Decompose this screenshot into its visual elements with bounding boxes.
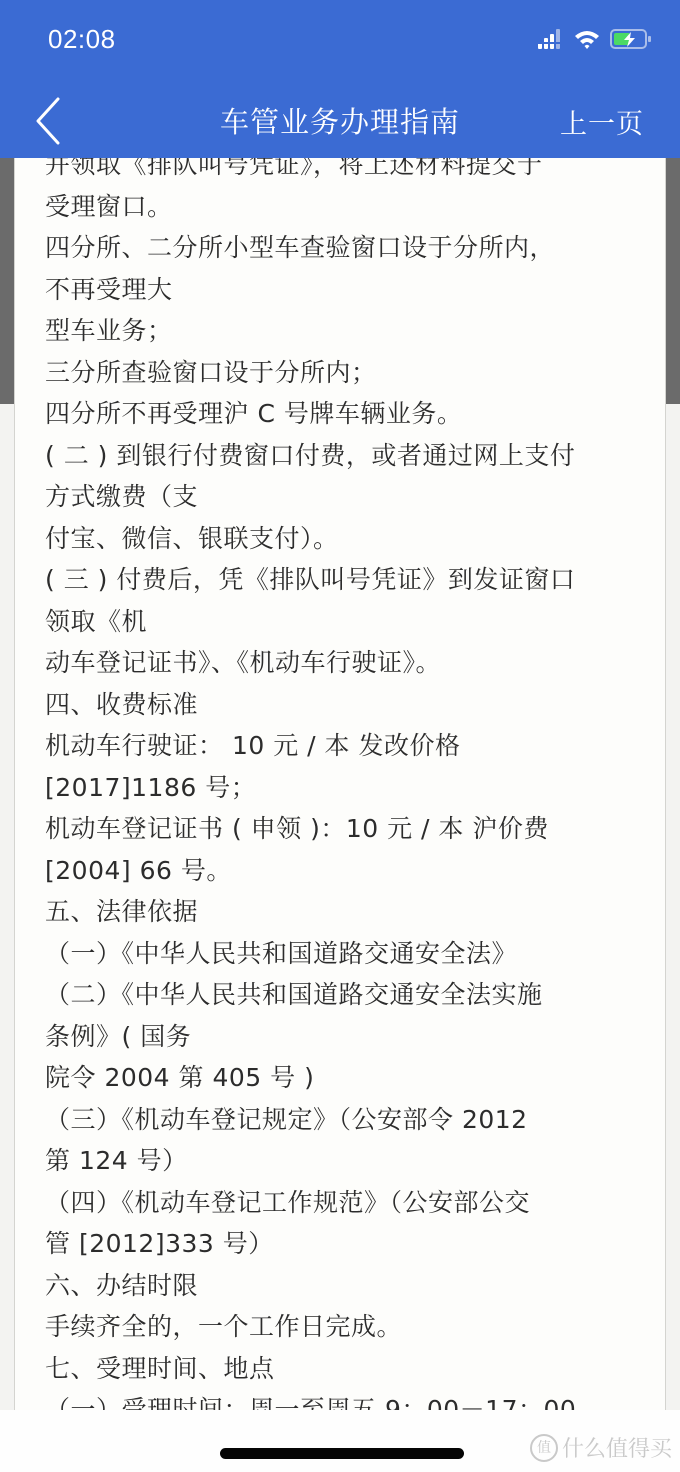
text-line: （二）《中华人民共和国道路交通安全法实施 [45, 974, 645, 1016]
cellular-signal-icon [538, 29, 564, 53]
watermark: 值 什么值得买 [530, 1432, 672, 1463]
text-line: 手续齐全的，一个工作日完成。 [45, 1306, 645, 1348]
text-line: 院令 2004 第 405 号 ) [45, 1057, 645, 1099]
side-margin-left [0, 404, 14, 1412]
side-margin-right [666, 404, 680, 1412]
text-line: 领取《机 [45, 601, 645, 643]
text-line: 型车业务； [45, 310, 645, 352]
side-overlay-left [0, 158, 14, 404]
text-line: [2017]1186 号； [45, 767, 645, 809]
text-line: 机动车行驶证： 10 元 / 本 发改价格 [45, 725, 645, 767]
text-line: 管 [2012]333 号） [45, 1223, 645, 1265]
side-overlay-right [666, 158, 680, 404]
text-line: 机动车登记证书 ( 申领 )：10 元 / 本 沪价费 [45, 808, 645, 850]
text-line: 四分所不再受理沪 C 号牌车辆业务。 [45, 393, 645, 435]
watermark-text: 什么值得买 [562, 1432, 672, 1463]
text-line: （三）《机动车登记规定》（公安部令 2012 [45, 1099, 645, 1141]
section-heading-fees: 四、收费标准 [45, 684, 645, 726]
status-icons [538, 30, 652, 52]
section-heading-legal-basis: 五、法律依据 [45, 891, 645, 933]
text-line: （一）受理时间：周一至周五 9：00－17：00 [45, 1389, 645, 1410]
text-line: 四分所、二分所小型车查验窗口设于分所内， [45, 227, 645, 269]
previous-page-button[interactable]: 上一页 [560, 102, 644, 141]
text-line: ( 二 ) 到银行付费窗口付费，或者通过网上支付 [45, 435, 645, 477]
section-heading-hours-location: 七、受理时间、地点 [45, 1348, 645, 1390]
content-card: 并领取《排队叫号凭证》，将上述材料提交于 受理窗口。 四分所、二分所小型车查验窗… [14, 140, 666, 1410]
text-line: 不再受理大 [45, 269, 645, 311]
battery-charging-icon [610, 28, 652, 54]
home-indicator[interactable] [220, 1448, 464, 1459]
watermark-logo-icon: 值 [530, 1434, 558, 1462]
guide-text: 并领取《排队叫号凭证》，将上述材料提交于 受理窗口。 四分所、二分所小型车查验窗… [45, 144, 645, 1410]
text-line: （一）《中华人民共和国道路交通安全法》 [45, 933, 645, 975]
text-line: 付宝、微信、银联支付）。 [45, 518, 645, 560]
wifi-icon [574, 29, 600, 53]
text-line: 动车登记证书》、《机动车行驶证》。 [45, 642, 645, 684]
status-time: 02:08 [48, 24, 116, 55]
text-line: 方式缴费（支 [45, 476, 645, 518]
text-line: ( 三 ) 付费后，凭《排队叫号凭证》到发证窗口 [45, 559, 645, 601]
text-line: [2004] 66 号。 [45, 850, 645, 892]
text-line: 受理窗口。 [45, 186, 645, 228]
section-heading-time-limit: 六、办结时限 [45, 1265, 645, 1307]
text-line: （四）《机动车登记工作规范》（公安部公交 [45, 1182, 645, 1224]
text-line: 条例》( 国务 [45, 1016, 645, 1058]
text-line: 三分所查验窗口设于分所内； [45, 352, 645, 394]
text-line: 第 124 号） [45, 1140, 645, 1182]
app-header: 02:08 [0, 0, 680, 158]
